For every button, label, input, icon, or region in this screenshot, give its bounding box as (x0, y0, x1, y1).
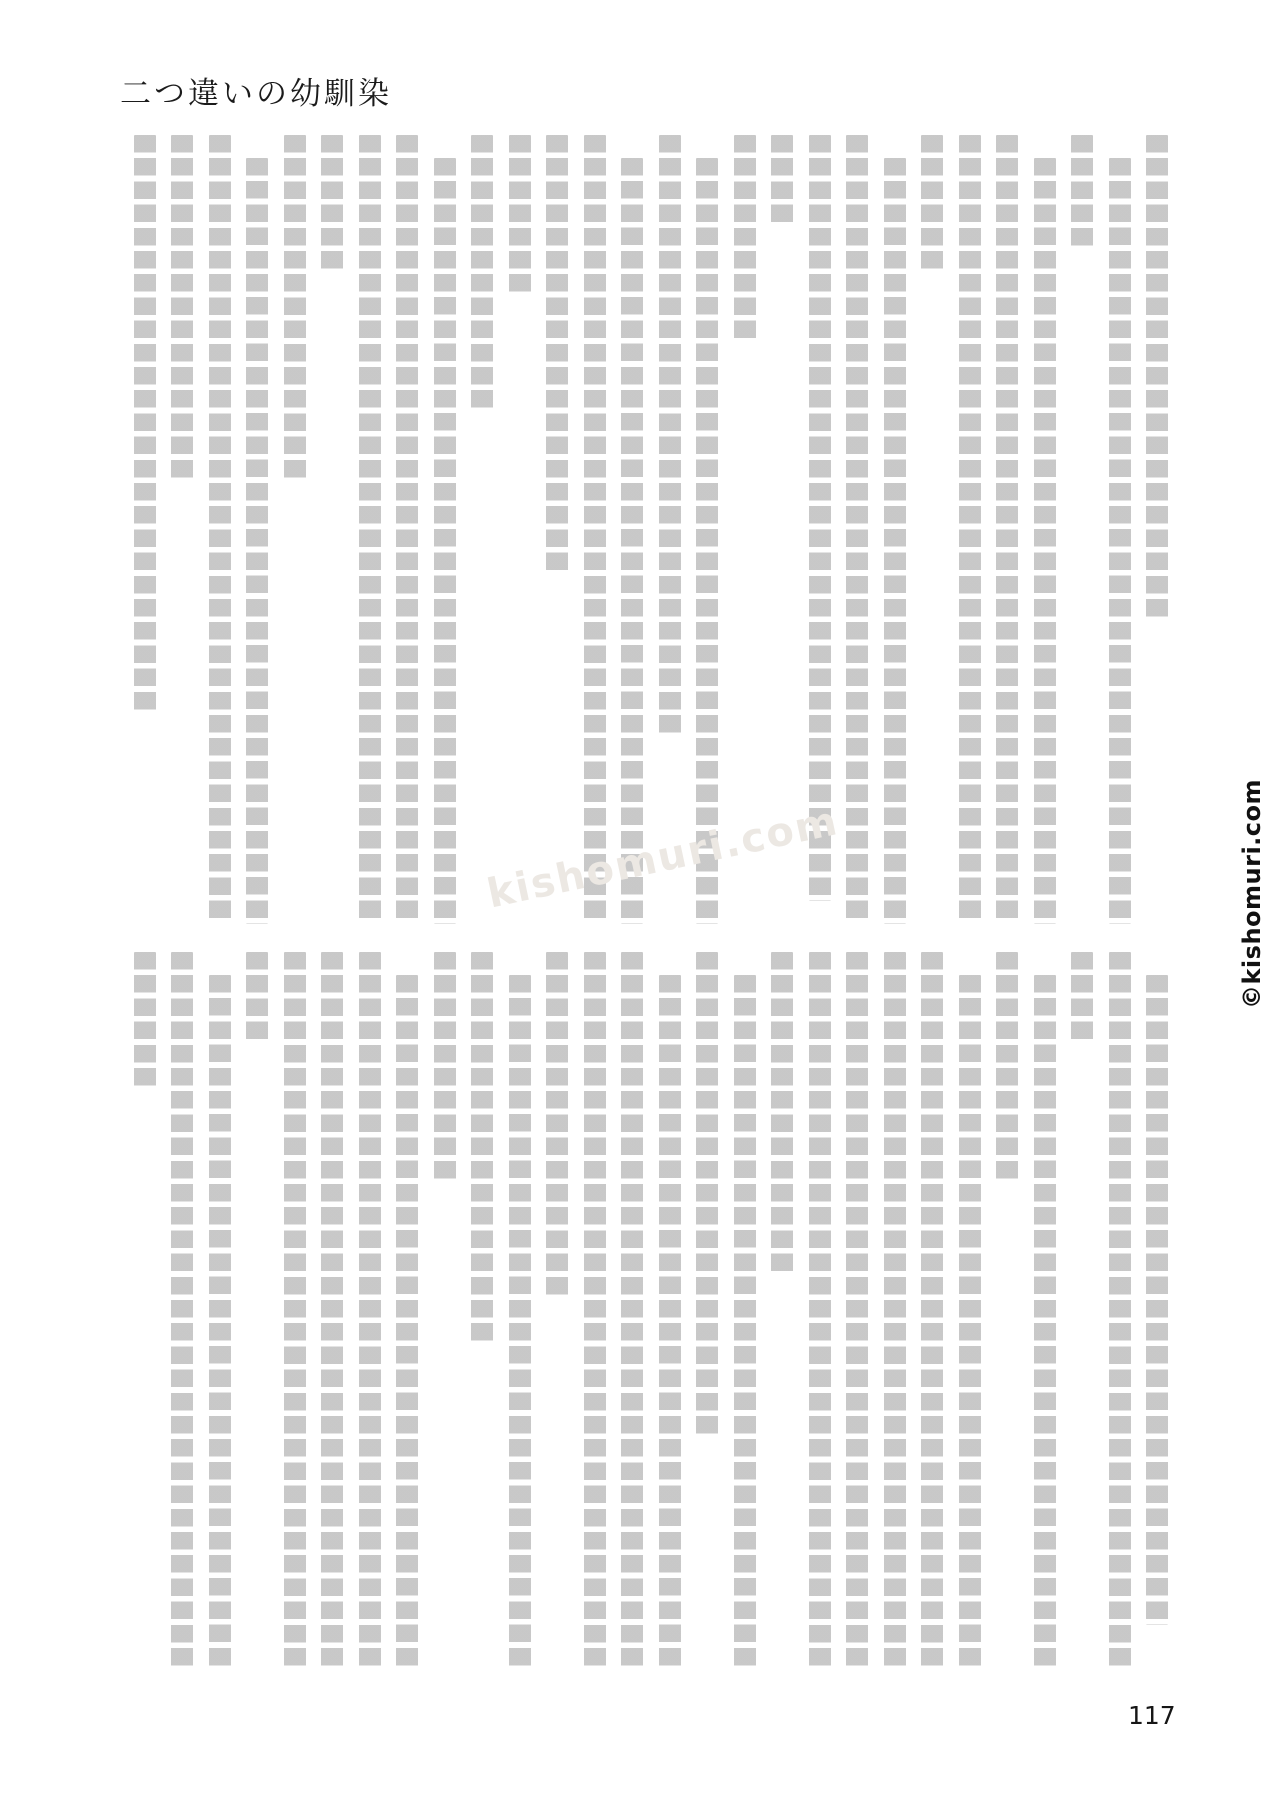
redacted-text-column (209, 975, 231, 1671)
redacted-text-column (471, 952, 493, 1346)
redacted-text-column (846, 135, 868, 924)
redacted-text-column (434, 158, 456, 924)
redacted-text-column (321, 135, 343, 274)
redacted-text-column (771, 135, 793, 228)
redacted-text-column (696, 952, 718, 1439)
redacted-text-column (396, 135, 418, 924)
redacted-text-column (1071, 952, 1093, 1045)
redacted-text-column (1034, 975, 1056, 1671)
redacted-text-column (996, 135, 1018, 924)
redacted-text-column (696, 158, 718, 924)
redacted-text-column (996, 952, 1018, 1184)
redacted-text-column (659, 135, 681, 738)
redacted-text-column (846, 952, 868, 1671)
redacted-text-column (921, 952, 943, 1671)
redacted-text-column (1071, 135, 1093, 251)
redacted-text-column (134, 952, 156, 1091)
redacted-text-column (584, 952, 606, 1671)
page-title: 二つ違いの幼馴染 (120, 68, 392, 113)
redacted-text-column (1034, 158, 1056, 924)
redacted-text-column (659, 975, 681, 1671)
redacted-text-column (359, 952, 381, 1671)
redacted-text-column (509, 975, 531, 1671)
page-number: 117 (1128, 1701, 1176, 1730)
redacted-text-column (959, 975, 981, 1671)
redacted-text-column (809, 952, 831, 1671)
redacted-text-column (509, 135, 531, 297)
redacted-text-column (134, 135, 156, 715)
redacted-text-column (1109, 158, 1131, 924)
redacted-text-column (284, 952, 306, 1671)
redacted-text-column (621, 952, 643, 1671)
redacted-text-column (246, 158, 268, 924)
redacted-text-column (959, 135, 981, 924)
redacted-text-column (321, 952, 343, 1671)
redacted-text-column (734, 135, 756, 344)
document-page: 二つ違いの幼馴染 kishomuri.com ©kishomuri.com 11… (0, 0, 1280, 1806)
redacted-text-column (1146, 975, 1168, 1625)
redacted-text-column (546, 135, 568, 576)
redacted-text-column (396, 975, 418, 1671)
redacted-text-column (209, 135, 231, 924)
redacted-text-column (171, 952, 193, 1671)
body-block-lower (110, 952, 1170, 1672)
redacted-text-column (809, 135, 831, 901)
redacted-text-column (734, 975, 756, 1671)
redacted-text-column (171, 135, 193, 483)
redacted-text-column (434, 952, 456, 1184)
redacted-text-column (246, 952, 268, 1045)
redacted-text-column (921, 135, 943, 274)
redacted-text-column (884, 158, 906, 924)
redacted-text-column (471, 135, 493, 413)
body-block-upper (110, 135, 1170, 925)
redacted-text-column (284, 135, 306, 483)
redacted-text-column (771, 952, 793, 1277)
side-watermark: ©kishomuri.com (1238, 772, 1266, 1016)
redacted-text-column (584, 135, 606, 924)
redacted-text-column (359, 135, 381, 924)
redacted-text-column (621, 158, 643, 924)
redacted-text-column (1146, 135, 1168, 622)
redacted-text-column (546, 952, 568, 1300)
redacted-text-column (884, 952, 906, 1671)
redacted-text-column (1109, 952, 1131, 1671)
